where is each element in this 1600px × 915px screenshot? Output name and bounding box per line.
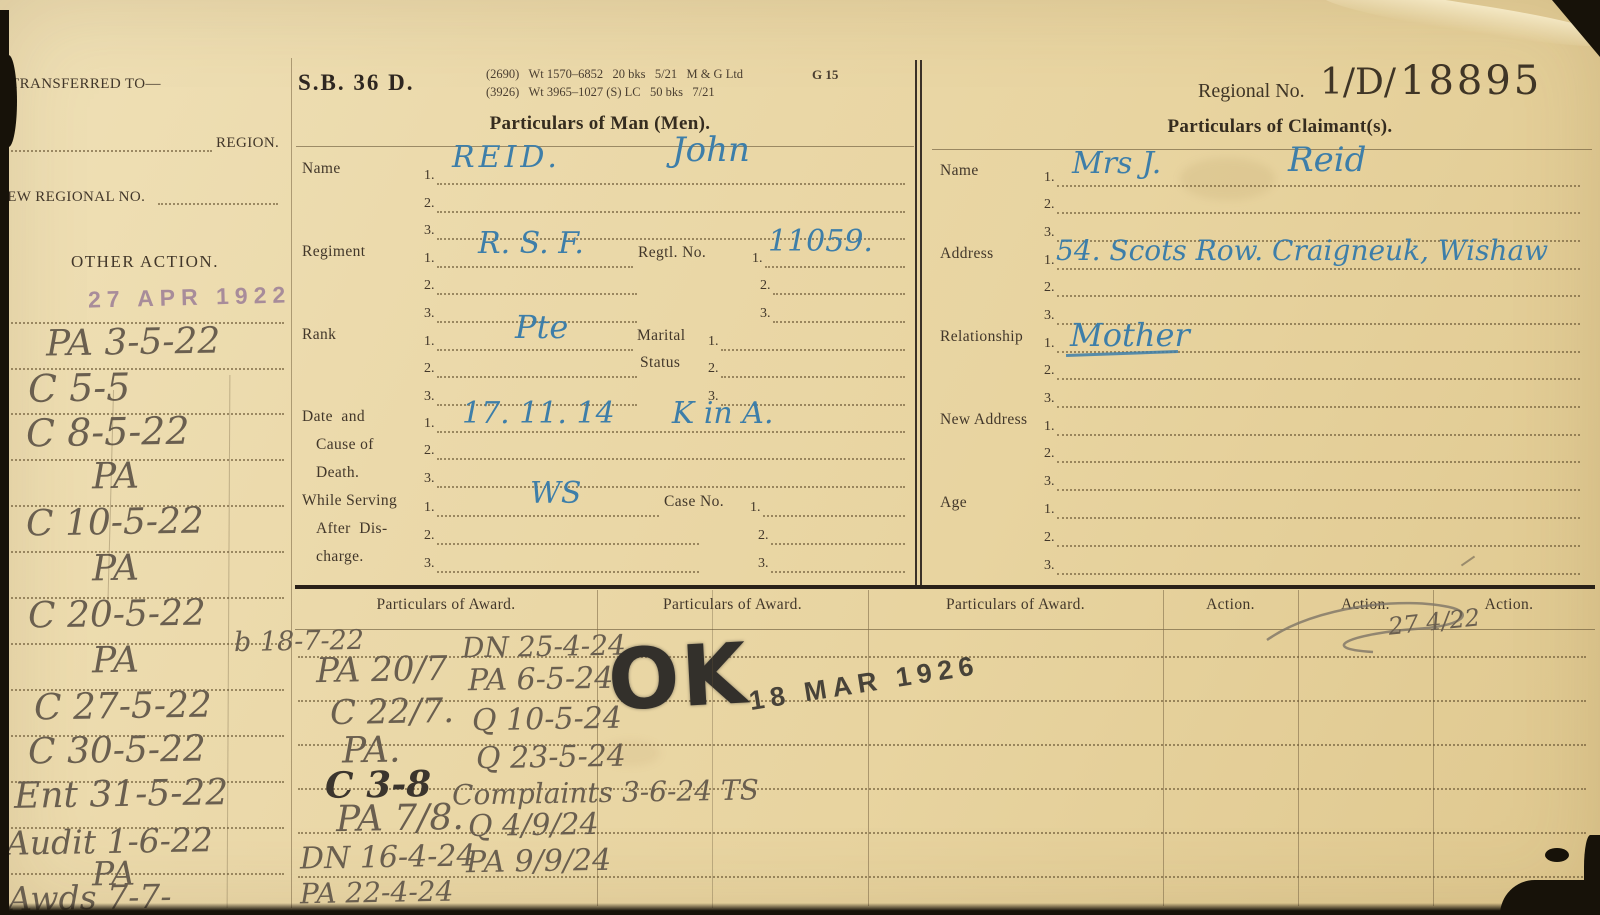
line-number: 1. xyxy=(1044,253,1055,269)
award-entry: PA 6-5-24 xyxy=(468,661,614,699)
award-entry: Complaints 3-6-24 TS xyxy=(452,773,759,811)
line-number: 3. xyxy=(424,223,435,239)
regiment-label: Regiment xyxy=(302,243,365,261)
ok-mark: OK xyxy=(606,624,751,729)
dotted-rule xyxy=(1057,545,1580,547)
printer-g-code: G 15 xyxy=(812,67,838,83)
panel-divider xyxy=(291,58,292,908)
transferred-to-label: TRANSFERRED TO— xyxy=(10,76,161,93)
dotted-rule xyxy=(4,459,284,461)
dotted-rule xyxy=(437,571,699,573)
line-number: 2. xyxy=(708,361,719,377)
dotted-rule xyxy=(437,515,659,517)
award-table-top-border xyxy=(295,585,1595,589)
new-address-label: New Address xyxy=(940,411,1028,429)
award-entry: DN 25-4-24 xyxy=(462,629,626,665)
rank-handwriting: Pte xyxy=(515,308,568,346)
form-code: S.B. 36 D. xyxy=(298,70,415,96)
relationship-label: Relationship xyxy=(940,328,1023,346)
scan-corner-bottom-right xyxy=(1500,880,1600,915)
regional-no-prefix: 1/D/ xyxy=(1320,62,1396,103)
after-discharge-label-line1: After Dis- xyxy=(316,520,388,538)
section-rule xyxy=(932,149,1592,150)
dotted-rule xyxy=(1057,185,1580,187)
line-number: 1. xyxy=(424,416,435,432)
line-number: 3. xyxy=(1044,225,1055,241)
dotted-rule xyxy=(298,700,1586,702)
pencil-tick-mark xyxy=(1461,556,1475,567)
dotted-rule xyxy=(721,349,905,351)
line-number: 1. xyxy=(424,334,435,350)
dotted-rule xyxy=(765,266,905,268)
line-number: 2. xyxy=(1044,197,1055,213)
scan-edge-left-wedge xyxy=(0,55,17,147)
dotted-rule xyxy=(773,321,905,323)
line-number: 1. xyxy=(708,334,719,350)
other-action-entry: PA xyxy=(92,548,140,590)
line-number: 3. xyxy=(424,471,435,487)
case-no-label: Case No. xyxy=(664,493,724,511)
line-number: 1. xyxy=(750,500,761,516)
line-number: 2. xyxy=(1044,363,1055,379)
award-entry: DN 16-4-24 xyxy=(300,838,476,876)
age-label: Age xyxy=(940,494,967,512)
line-number: 3. xyxy=(1044,558,1055,574)
dotted-rule xyxy=(437,349,633,351)
award-entry: Q 4/9/24 xyxy=(468,807,599,844)
other-action-entry: C 8-5-22 xyxy=(26,409,190,456)
death-label-line1: Date and xyxy=(302,408,365,426)
paper-crease xyxy=(712,590,713,908)
after-discharge-label-line2: charge. xyxy=(316,548,364,566)
while-serving-handwriting: WS xyxy=(530,476,581,511)
scanned-pension-card-page: { "shared": { "n1": "1.", "n2": "2.", "n… xyxy=(0,0,1600,915)
paper-stain xyxy=(1180,158,1275,200)
other-action-entry: C 5-5 xyxy=(28,365,131,411)
dotted-rule xyxy=(1057,406,1580,408)
dotted-rule xyxy=(437,543,699,545)
dotted-rule xyxy=(158,203,278,205)
award-table-column-divider xyxy=(1163,590,1164,906)
status-label: Status xyxy=(640,354,680,372)
dotted-rule xyxy=(1057,517,1580,519)
dotted-rule xyxy=(437,293,637,295)
award-table-column-divider xyxy=(868,590,869,906)
claimant-section-title: Particulars of Claimant(s). xyxy=(1030,116,1530,138)
dotted-rule xyxy=(1057,461,1580,463)
line-number: 2. xyxy=(424,196,435,212)
other-action-entry: PA xyxy=(92,640,140,682)
award-entry: PA 20/7 xyxy=(316,649,448,691)
line-number: 1. xyxy=(424,251,435,267)
award-entry: C 22/7. xyxy=(330,691,455,733)
address-label: Address xyxy=(940,245,994,263)
scan-edge-bottom xyxy=(0,903,1600,915)
dotted-rule xyxy=(1057,434,1580,436)
dotted-rule xyxy=(763,515,905,517)
section-divider-line xyxy=(915,60,917,586)
printer-imprint-line-2: (3926) Wt 3965–1027 (S) LC 50 bks 7/21 xyxy=(486,85,715,100)
address-handwriting: 54. Scots Row. Craigneuk, Wishaw xyxy=(1056,234,1548,267)
other-action-title: OTHER ACTION. xyxy=(0,252,290,272)
line-number: 1. xyxy=(752,251,763,267)
regiment-handwriting: R. S. F. xyxy=(478,226,584,261)
line-number: 2. xyxy=(760,278,771,294)
line-number: 1. xyxy=(1044,502,1055,518)
other-action-entry: PA 3-5-22 xyxy=(46,320,221,364)
death-date-cause-handwriting: 17. 11. 14 K in A. xyxy=(462,396,773,431)
marital-label: Marital xyxy=(637,327,685,345)
award-entry: Q 10-5-24 xyxy=(472,701,622,739)
line-number: 2. xyxy=(424,278,435,294)
dotted-rule xyxy=(1057,378,1580,380)
man-section-title: Particulars of Man (Men). xyxy=(330,113,870,135)
line-number: 3. xyxy=(424,556,435,572)
paper-stain xyxy=(600,740,660,766)
dotted-rule xyxy=(721,376,905,378)
other-action-entry: PA xyxy=(92,456,140,498)
date-stamp-1926: 18 MAR 1926 xyxy=(747,650,982,717)
line-number: 3. xyxy=(760,306,771,322)
page-curl-highlight xyxy=(1320,0,1600,55)
death-label-line2: Cause of xyxy=(316,436,374,454)
line-number: 1. xyxy=(1044,170,1055,186)
dotted-rule xyxy=(773,293,905,295)
line-number: 1. xyxy=(424,500,435,516)
other-action-entry: C 10-5-22 xyxy=(26,500,205,544)
other-action-entry: Ent 31-5-22 xyxy=(14,772,229,817)
section-divider-line xyxy=(920,60,922,586)
dotted-rule xyxy=(437,486,905,488)
claimant-name-handwriting: Mrs J. xyxy=(1072,146,1161,181)
man-forename-handwriting: John xyxy=(672,130,750,170)
dotted-rule xyxy=(1057,268,1580,270)
dotted-rule xyxy=(4,551,284,553)
other-action-entry: C 27-5-22 xyxy=(34,684,213,728)
regtl-no-label: Regtl. No. xyxy=(638,244,706,262)
regional-no-number: 18895 xyxy=(1400,58,1542,104)
while-serving-label: While Serving xyxy=(302,492,397,510)
dotted-rule xyxy=(437,376,637,378)
dotted-rule xyxy=(437,431,905,433)
award-column-header: Particulars of Award. xyxy=(868,596,1163,614)
line-number: 3. xyxy=(424,306,435,322)
award-column-header: Particulars of Award. xyxy=(295,596,597,614)
line-number: 3. xyxy=(424,389,435,405)
man-surname-handwriting: REID. xyxy=(452,140,561,175)
line-number: 3. xyxy=(758,556,769,572)
dotted-rule xyxy=(437,458,905,460)
line-number: 3. xyxy=(1044,308,1055,324)
line-number: 2. xyxy=(424,443,435,459)
line-number: 2. xyxy=(1044,446,1055,462)
death-label-line3: Death. xyxy=(316,464,359,482)
dotted-rule xyxy=(1057,212,1580,214)
line-number: 1. xyxy=(1044,336,1055,352)
dotted-rule xyxy=(771,571,905,573)
line-number: 3. xyxy=(1044,474,1055,490)
line-number: 2. xyxy=(1044,280,1055,296)
printer-imprint-line-1: (2690) Wt 1570–6852 20 bks 5/21 M & G Lt… xyxy=(486,67,743,82)
other-action-entry: C 20-5-22 xyxy=(28,592,207,636)
line-number: 2. xyxy=(758,528,769,544)
line-number: 2. xyxy=(1044,530,1055,546)
dotted-rule xyxy=(1057,489,1580,491)
claimant-name-label: Name xyxy=(940,162,979,180)
dotted-rule xyxy=(1057,295,1580,297)
man-name-label: Name xyxy=(302,160,341,178)
regional-no-label: Regional No. xyxy=(1198,80,1305,103)
line-number: 2. xyxy=(424,528,435,544)
scan-edge-notch xyxy=(1545,848,1569,862)
award-entry: PA 9/9/24 xyxy=(466,843,612,881)
dotted-rule xyxy=(437,266,633,268)
dotted-rule xyxy=(4,873,284,875)
dotted-rule xyxy=(4,150,212,152)
rank-label: Rank xyxy=(302,326,336,344)
other-action-entry: C 30-5-22 xyxy=(28,728,207,772)
line-number: 2. xyxy=(424,361,435,377)
new-regional-no-label: NEW REGIONAL NO. xyxy=(0,189,145,206)
dotted-rule xyxy=(437,183,905,185)
award-entry: PA 7/8. xyxy=(336,797,464,840)
section-rule xyxy=(296,146,914,147)
claimant-surname-handwriting: Reid xyxy=(1288,140,1366,180)
regtl-no-handwriting: 11059. xyxy=(768,224,873,259)
dotted-rule xyxy=(437,211,905,213)
award-column-header: Particulars of Award. xyxy=(597,596,868,614)
pension-record-card: TRANSFERRED TO— REGION. NEW REGIONAL NO.… xyxy=(0,0,1600,915)
line-number: 1. xyxy=(424,168,435,184)
relationship-handwriting: Mother xyxy=(1070,316,1190,354)
dotted-rule xyxy=(771,543,905,545)
line-number: 3. xyxy=(1044,391,1055,407)
dotted-rule xyxy=(1057,573,1580,575)
region-label: REGION. xyxy=(216,135,279,152)
date-received-stamp: 27 APR 1922 xyxy=(88,281,292,313)
line-number: 1. xyxy=(1044,419,1055,435)
